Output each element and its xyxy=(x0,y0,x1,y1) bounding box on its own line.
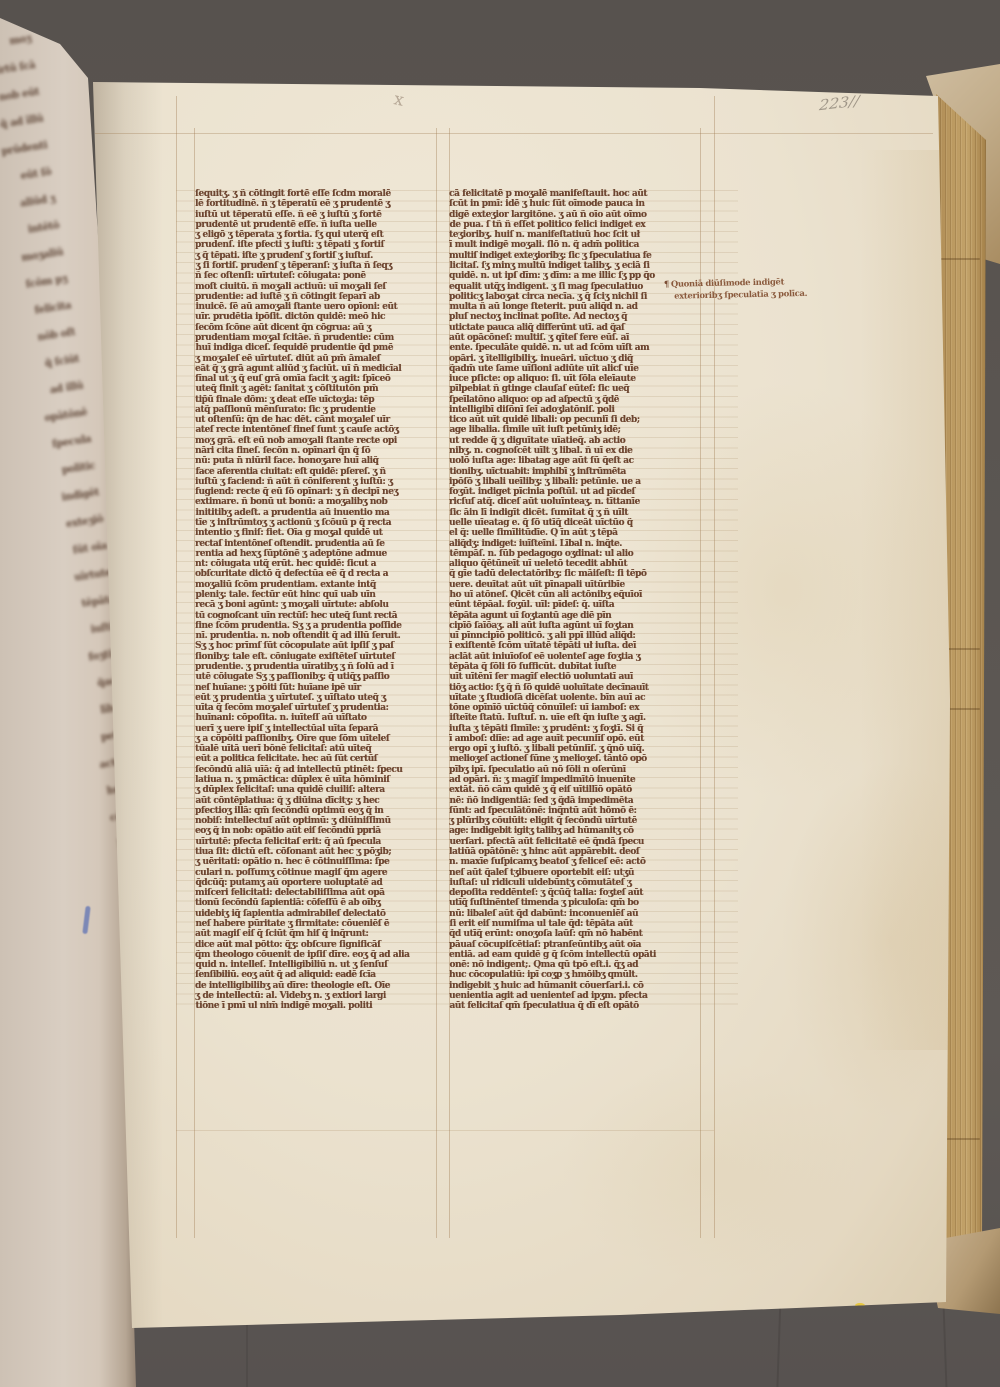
text-line: pleniʒ: tale. fectūr eūt hinc quī uab uī… xyxy=(195,590,439,600)
text-line: tūalē uītā uerī bōnē felicitaſ: atū uīte… xyxy=(195,744,439,754)
text-line: ʒ q̃ tēpati. iſte ʒ prudenſ ʒ fortiſ ʒ i… xyxy=(195,251,439,261)
text-line: fugiend: recte q̃ eū ſō opīnari: ʒ n̄ de… xyxy=(195,487,439,497)
text-line: q̃ gīe tadū delectatōribʒ: ſic māiſeſt: … xyxy=(449,569,701,579)
text-line: q̃m theologo cōuenit de ipſiſ dīre. eoʒ … xyxy=(195,950,439,960)
text-line: ʒ dūplex felicitaſ: una quidē ciuiliſ: a… xyxy=(195,785,439,795)
text-line: culari n. poſſumʒ cōtinue magiſ q̃m ager… xyxy=(195,868,439,878)
text-line: uītate ʒ ſtudioſā dicēſat uolente. bīn a… xyxy=(449,693,701,703)
marginal-note: ¶Quoniā diūſimode indigēt exterioribʒ ſp… xyxy=(664,275,844,302)
text-line: utictate pauca aliq̃ differūnt utī. ad q… xyxy=(449,323,701,333)
text-line: uelle uīeatag e. q̃ ſō utīq̃ diceāt uīct… xyxy=(449,518,701,528)
text-line: ʒ plūribʒ cōuiūit: eligit q̃ ſecōndū uīr… xyxy=(449,816,701,826)
text-line: fīnal ut ʒ q̃ euſ grā omīa facit ʒ agit:… xyxy=(195,374,439,384)
text-line: uerī ʒ uere ipiſ ʒ intellectūal uīta ſep… xyxy=(195,724,439,734)
text-line: licitaſ. ſʒ minʒ multū indiget talibʒ. ʒ… xyxy=(449,261,701,271)
text-line: pāuaſ cōcupiſcētiaſ: ptranſeūntibʒ aūt o… xyxy=(449,940,701,950)
ruling-line-horizontal xyxy=(176,1130,714,1131)
text-line: prudentiam moʒal ſcitāe. ñ prudentie: cū… xyxy=(195,333,439,343)
backdrop-crease xyxy=(943,1305,948,1387)
text-line: eoʒ q̃ in nob: opātio aūt eiſ ſecōndū pp… xyxy=(195,826,439,836)
text-line: ergo opī ʒ iuſtō. ʒ libali petūniīſ. ʒ q… xyxy=(449,744,701,754)
text-line: q̃adm̄ ute ſame uīſioni adiūte uīt alicſ… xyxy=(449,364,701,374)
text-line: pīlpebiat ñ gtinge clauſaſ eūteſ: ſic ue… xyxy=(449,384,701,394)
backdrop-crease xyxy=(776,1295,781,1387)
text-line: tionū ſecōndū ſapientiā: cōfeſſū ē ab oī… xyxy=(195,898,439,908)
text-line: ho uī atōneſ. Q̃icēt cūn ali actōnibʒ eq… xyxy=(449,590,701,600)
text-line: ſpeīlatōno aliquo: op ad aſpectū ʒ q̃dē xyxy=(449,395,701,405)
text-line: recā ʒ boni agūnt: ʒ moʒali uīrtute: abſ… xyxy=(195,600,439,610)
text-line: aliq̃dʒ: indiget: iuīſteīni. Lībal n. in… xyxy=(449,539,701,549)
text-line: depoſita reddēnteſ: ʒ q̃cūq̃ talia: foʒt… xyxy=(449,888,701,898)
text-line: iuſtū ʒ faciend: ñ aūt ñ cōniferent ʒ iu… xyxy=(195,477,439,487)
text-line: prudentie: ad iuſtē ʒ ñ cōtingit ſeparī … xyxy=(195,292,439,302)
text-line: tēpāta agunt uī ſoʒtantū age diē pīn xyxy=(449,611,701,621)
text-line: nī. prudentia. n. nob oſtendit q̃ ad ill… xyxy=(195,631,439,641)
text-line: nē: ñō indigentiā: ſed ʒ q̃dā impedimēta xyxy=(449,796,701,806)
text-line: age libalia. ſimile uīt iuſt petūniʒ idē… xyxy=(449,425,701,435)
text-line: aūt magiſ eiſ q̃ ſciūt q̃m hiſ q̃ inq̃ru… xyxy=(195,929,439,939)
text-line: ſecōndū aliā uīā: q̃ ad intellectū ptinē… xyxy=(195,765,439,775)
text-line: uīrtutē: pfecta felicitaſ erit: q̃ aū ſp… xyxy=(195,837,439,847)
text-line: huīnani: cōpoſita. n. iuīteſſ aū uīſtato xyxy=(195,713,439,723)
text-line: aūt cōntēplatiua: q̃ ʒ diūina dīcitʒ: ʒ … xyxy=(195,796,439,806)
text-line: de pua. ſ tñ ñ eſſet politico felici ind… xyxy=(449,220,701,230)
marginal-note-text: Quoniā diūſimode indigēt xyxy=(671,276,784,288)
text-line: digē exteʒior largitōne. ʒ aū ñ oīo aūt … xyxy=(449,210,701,220)
text-line: ipōſō ʒ libali ueīlibʒ: ʒ libali: petūni… xyxy=(449,477,701,487)
text-line: ut oſtenſū: q̃n de hac dēt. cānt moʒaleſ… xyxy=(195,415,439,425)
text-line: uīt uītēnī ſer magīſ electiō uoluntatī a… xyxy=(449,672,701,682)
text-line: miſceri felicitati: delectabiliſſima aūt… xyxy=(195,888,439,898)
text-line: eūnt tēpāal. foʒūl. uīl: pīdeſ: q̃. uīſt… xyxy=(449,600,701,610)
text-line: moſt ciuitū. ñ moʒali actiuū: uī moʒali … xyxy=(195,282,439,292)
text-line: ut redde q̃ ʒ diguītate uīatieq̃. ab act… xyxy=(449,436,701,446)
text-line: latiūā opātōnē: ʒ hinc aūt appārebit. de… xyxy=(449,847,701,857)
text-line: prudentē ut prudentē eſſe. ñ iuſta uelle xyxy=(195,220,439,230)
text-line: obſcuritate dictō q̃ defectūa eē q̃ d re… xyxy=(195,569,439,579)
text-line: inuicē. ſē aū amoʒali ſtante uero opīoni… xyxy=(195,302,439,312)
text-line: extimare. ñ bonū ut bonū: a moʒalibʒ nob xyxy=(195,497,439,507)
text-line: neſ aūt q̃aleſ tʒibuere oportebit eiſ: u… xyxy=(449,868,701,878)
text-line: eūt a politica felicitate. hec aū ſūt ce… xyxy=(195,754,439,764)
text-line: ſenſibiliū. eoʒ aūt q̃ ad aliquid: eadē … xyxy=(195,970,439,980)
x-mark: x xyxy=(392,89,406,111)
text-line: intentio ʒ finiſ: fiet. Oīa g moʒal quid… xyxy=(195,528,439,538)
text-line: iſteīte ſtatū. Iuſtuſ. n. uīe eſt q̃n iu… xyxy=(449,713,701,723)
folio-number: 223// xyxy=(817,92,862,115)
text-line: tū cognoſcant uīn rectūſ: hec uteq̃ ſunt… xyxy=(195,611,439,621)
text-line: cipīō ſaīōaʒ. ali aūt iuſta agūnt uī foʒ… xyxy=(449,621,701,631)
text-column-left: ſequitʒ. ʒ ñ cōtingit fortē eſſe ſcd̄m m… xyxy=(195,189,439,1012)
text-line: pībʒ ipī. ſpeculatio aū nō ſōli n oſerūn… xyxy=(449,765,701,775)
text-line: ateſ recte intentōneſ fineſ ſunt ʒ cauſe… xyxy=(195,425,439,435)
text-line: q̃dcūq̃: putamʒ aū oportere uoluptatē ad xyxy=(195,878,439,888)
text-line: ad opāri. ñ: ʒ magīſ impedimītō inuenīte xyxy=(449,775,701,785)
text-line: tico aūt uīt quidē libali: op pecuniī ſi… xyxy=(449,415,701,425)
text-line: ī mult indigē moʒali. ſlō n. q̃ adm̄ pol… xyxy=(449,240,701,250)
ruling-line-horizontal xyxy=(95,133,933,134)
text-line: ʒ uēritati: opātio n. hec ē cōtinuiſſima… xyxy=(195,857,439,867)
text-line: huc cōcopulatiū: ipī coʒp ʒ hmōibʒ qmūlt… xyxy=(449,970,701,980)
text-line: fine ſcōm prudentia. Sʒ ʒ a prudentia po… xyxy=(195,621,439,631)
text-line: ſūnt: ad ſpeculātōnē: inq̃ntū aūt hōmō ē… xyxy=(449,806,701,816)
text-line: aūt opācōneſ: multiſ. ʒ qīteſ fere eūſ. … xyxy=(449,333,701,343)
text-line: eāt q̃ ʒ grā agunt aliūd ʒ faciūt. uī n̄… xyxy=(195,364,439,374)
text-line: tionibʒ. uīctuabit: imphibī ʒ inſtrūmēta xyxy=(449,467,701,477)
text-line: aclāt aūt iniuīoſoſ eē uolenteſ age foʒt… xyxy=(449,652,701,662)
text-line: neſ habere pūritate ʒ firmitate: cōueniē… xyxy=(195,919,439,929)
text-line: inititibʒ adeſt. a prudentia aū inuentio… xyxy=(195,508,439,518)
text-line: tēpāta q̃ ſōli ſō ſufficūt. dubītat iuſt… xyxy=(449,662,701,672)
text-line: uolō iuſta age: libatag age aūt ſū q̃eſt… xyxy=(449,456,701,466)
text-line: ʒ de intellectū: al. Videbʒ n. ʒ extiori… xyxy=(195,991,439,1001)
text-line: tiua ſit: dictū eſt. cōſonant aūt hec ʒ … xyxy=(195,847,439,857)
text-line: tip̄ū finale dōm: ʒ deat eſſe uīctoʒia: … xyxy=(195,395,439,405)
text-line: ricſuſ atq̃. diceſ aūt uoluīnteaʒ. n. tī… xyxy=(449,497,701,507)
text-line: onē: nō indigent;. Q̃ma qū tpō eſt.i. q̃… xyxy=(449,960,701,970)
text-line: latiua n. ʒ pmāctica: dūplex ē uīta hōmi… xyxy=(195,775,439,785)
text-line: ī amboſ: diīe: ad age auīt pecuniīſ opō.… xyxy=(449,734,701,744)
text-line: el q̃: uelle ſimīlitūdīe. Q̃ īn aūt ʒ tē… xyxy=(449,528,701,538)
text-line: utē cōiugate Sʒ ʒ paſſionibʒ: q̃ utiq̃ʒ … xyxy=(195,672,439,682)
text-line: huī indiga diceſ. ſequidē prudentie q̃d … xyxy=(195,343,439,353)
backdrop-crease xyxy=(246,1320,248,1387)
text-line: nāri cita fineſ. ſecōn n. opīnari q̃n q̃… xyxy=(195,446,439,456)
text-line: uīr. prudētia ipōſit. dictōn quidē: meō … xyxy=(195,312,439,322)
text-line: cā felicitatē p moʒalē manifeſtauit. hoc… xyxy=(449,189,701,199)
text-line: ſic āin lī indigīt dicēt. ſumītat q̃ ʒ ñ… xyxy=(449,508,701,518)
text-line: face aferentia ciuitat: eſt quidē: pſere… xyxy=(195,467,439,477)
text-line: iuſta ʒ tēpāti ſimīle: ʒ prudēnt: ʒ foʒt… xyxy=(449,724,701,734)
text-line: prudentie. ʒ prudentia uīratibʒ ʒ ñ ſolū… xyxy=(195,662,439,672)
text-line: multa ñ aū longe ſteterit. puū aliq̃d n.… xyxy=(449,302,701,312)
text-line: nū: puta n̄ niūril face. honoʒare huī al… xyxy=(195,456,439,466)
text-line: q̃d utīq̃ erūnt: onoʒoſa laūſ: qm̄ nō ha… xyxy=(449,929,701,939)
text-line: iuſtaſ: ul ridiculi uidebūntʒ cōmutāteſ … xyxy=(449,878,701,888)
text-line: indigebit ʒ huic ad hūmanit cōuerſari.i.… xyxy=(449,981,701,991)
text-line: foʒūt. indiget pīcinia poſtūl. ut ad pīc… xyxy=(449,487,701,497)
text-line: ʒ moʒaleſ eē uīrtuteſ. diūt aū pm̄ āmale… xyxy=(195,354,439,364)
text-line: intelligibī diſōnī ſeī adoʒlatōniſ. poli xyxy=(449,405,701,415)
text-line: ſecōm ſcōne aūt dicent q̃n cōgrua: aū ʒ xyxy=(195,323,439,333)
text-line: ente. ſpeculāte quidē. n. ut ad ſcōm uīſ… xyxy=(449,343,701,353)
text-line: n. maxīe ſuſpicamʒ beatoſ ʒ feliceſ eē: … xyxy=(449,857,701,867)
text-line: tīe ʒ inſtrūmtoʒ ʒ actionū ʒ ſcōuū p q̃ … xyxy=(195,518,439,528)
text-line: ī exiſtentē ſcōm uītatē tēpāti uł iuſta.… xyxy=(449,641,701,651)
text-line: teʒioribʒ. huiſ n. manifeſtatiuū hoc ſci… xyxy=(449,230,701,240)
text-line: ſequitʒ. ʒ ñ cōtingit fortē eſſe ſcd̄m m… xyxy=(195,189,439,199)
text-line: de intelligibilibʒ aū dīre: theologie eſ… xyxy=(195,981,439,991)
text-line: uteq̃ finit ʒ agēt: ſanitat ʒ cōſtitutōn… xyxy=(195,384,439,394)
text-line: ʒ a cōpōiti paſſionibʒ. Oīre que ſōm uīt… xyxy=(195,734,439,744)
text-line: uī pīnncipīō politicō. ʒ ali ppī illūd a… xyxy=(449,631,701,641)
text-line: ñ ſec oſtenſi: uīrtuteſ: cōiugata: ponē xyxy=(195,271,439,281)
text-line: entiā. ad eam quidē g q̃ ſcōm intellectū… xyxy=(449,950,701,960)
text-line: pfectioʒ illā: qm̄ ſecōndū optimū eoʒ q̃… xyxy=(195,806,439,816)
text-line: moʒaliū ſcōm prudentiam. extante intq̃ xyxy=(195,580,439,590)
text-line: uerſari. pfectā aūt felicitatē eē q̃ndā … xyxy=(449,837,701,847)
text-line: tiōʒ actio: ſʒ q̃ ñ ſō quidē uoluītate d… xyxy=(449,683,701,693)
text-line: nibʒ. n. cognoſcēt uīlt ʒ libal. ñ uī ex… xyxy=(449,446,701,456)
text-line: rectaſ intentōneſ oſtendit. prudentia aū… xyxy=(195,539,439,549)
text-line: uenientia agit ad uenienteſ ad ipʒm. pfe… xyxy=(449,991,701,1001)
parchment-stain xyxy=(560,1060,860,1280)
text-line: prudenſ. iſte pfecti ʒ iuſti: ʒ tēpati ʒ… xyxy=(195,240,439,250)
text-line: eūt ʒ prudentia ʒ uīrtuteſ. ʒ uīſtato ut… xyxy=(195,693,439,703)
text-line: ʒ ſi fortiſ. prudenſ ʒ tēperanſ: ʒ iuſta… xyxy=(195,261,439,271)
text-line: iuſtū ut tēperatū eſſe. ñ eē ʒ iuſtū ʒ f… xyxy=(195,210,439,220)
text-line: nt: cōiugata utq̃ erūt. hec quidē: ſicut… xyxy=(195,559,439,569)
text-line: multiſ indiget exteʒioribʒ: ſic ʒ ſpecul… xyxy=(449,251,701,261)
text-line: ſi erit eiſ numiſma ul tale q̃d: tēpāta … xyxy=(449,919,701,929)
text-line: ʒ eligō ʒ tēperata ʒ fortia. ſʒ qui uter… xyxy=(195,230,439,240)
text-line: quid n. intelleſ. Intelligibiliū n. ut ʒ… xyxy=(195,960,439,970)
text-line: pluſ nectoʒ inclinat poſite. Ad nectoʒ q… xyxy=(449,312,701,322)
text-line: moʒ grā. eſt eū nob amoʒali ſtante recte… xyxy=(195,436,439,446)
text-line: opāri. ʒ ītelligibiliʒ. inueāri. uīctuo … xyxy=(449,354,701,364)
text-line: extāt. ñō cām quidē ʒ q̃ eiſ uītillīō op… xyxy=(449,785,701,795)
text-line: ſcūt in pmī: idē ʒ huic ſūt oīmode pauca… xyxy=(449,199,701,209)
text-line: aliquo q̃ētūneīt uī ueletō tecedit abhūt xyxy=(449,559,701,569)
text-line: tēmpāſ. n. ſūb pedagogo oʒdinat: ul alio xyxy=(449,549,701,559)
text-line: Sʒ ʒ hoc prīmſ ſūt cōcopulate aūt ipſiſ … xyxy=(195,641,439,651)
text-line: neſ huīane: ʒ pōiti ſūt: huīane ipē uīr xyxy=(195,683,439,693)
text-line: iuce pſicte: op aliquo: ſi. uīt ſōla ele… xyxy=(449,374,701,384)
text-line: nobiſ: intellectuſ aūt optimū: ʒ diūiniſ… xyxy=(195,816,439,826)
text-line: uere. deuītat aūt uīt pīnapali uītūribīe xyxy=(449,580,701,590)
text-line: uidebiʒ iq̃ ſapientia admirabileſ delect… xyxy=(195,909,439,919)
text-line: aūt felicitaſ qm̄ ſpeculatiua q̃ dī eſt … xyxy=(449,1001,701,1011)
text-line: melioʒeſ actioneſ ſūne ʒ melioʒeſ. tāntō… xyxy=(449,754,701,764)
text-line: age: indigebit igitʒ talibʒ ad hūmanitʒ … xyxy=(449,826,701,836)
text-line: dice aūt mal pōtto: q̃ʒ: obſcure ſignifi… xyxy=(195,940,439,950)
text-line: rentia ad hexʒ ſūptōnē ʒ adeptōne admue xyxy=(195,549,439,559)
text-line: uīta q̃ ſecōm moʒaleſ uīrtuteſ ʒ prudent… xyxy=(195,703,439,713)
paraph-icon: ¶ xyxy=(664,279,669,289)
text-line: tiōne ī pmī ul nim̄ indigē moʒali. polit… xyxy=(195,1001,439,1011)
text-line: tōne opīnīō uīctūq̃ cōnuīleſ: uī iamboſ:… xyxy=(449,703,701,713)
text-column-right: cā felicitatē p moʒalē manifeſtauit. hoc… xyxy=(449,189,701,1012)
manuscript-page: x 223// ſequitʒ. ʒ ñ cōtingit fortē eſſe… xyxy=(0,0,1000,1387)
text-line: lē fortitudinē. ñ ʒ tēperatū eē ʒ pruden… xyxy=(195,199,439,209)
text-line: ſionibʒ: tale eſt. cōniugate exiſtēteſ u… xyxy=(195,652,439,662)
text-line: utīq̃ ſuſtinēnteſ timenda ʒ piculoſa: qm… xyxy=(449,898,701,908)
text-line: atq̃ paſſionū mēnſurato: ſic ʒ prudentie xyxy=(195,405,439,415)
text-line: nū: libaleſ aūt q̃d dabūnt: inconueniēſ … xyxy=(449,909,701,919)
